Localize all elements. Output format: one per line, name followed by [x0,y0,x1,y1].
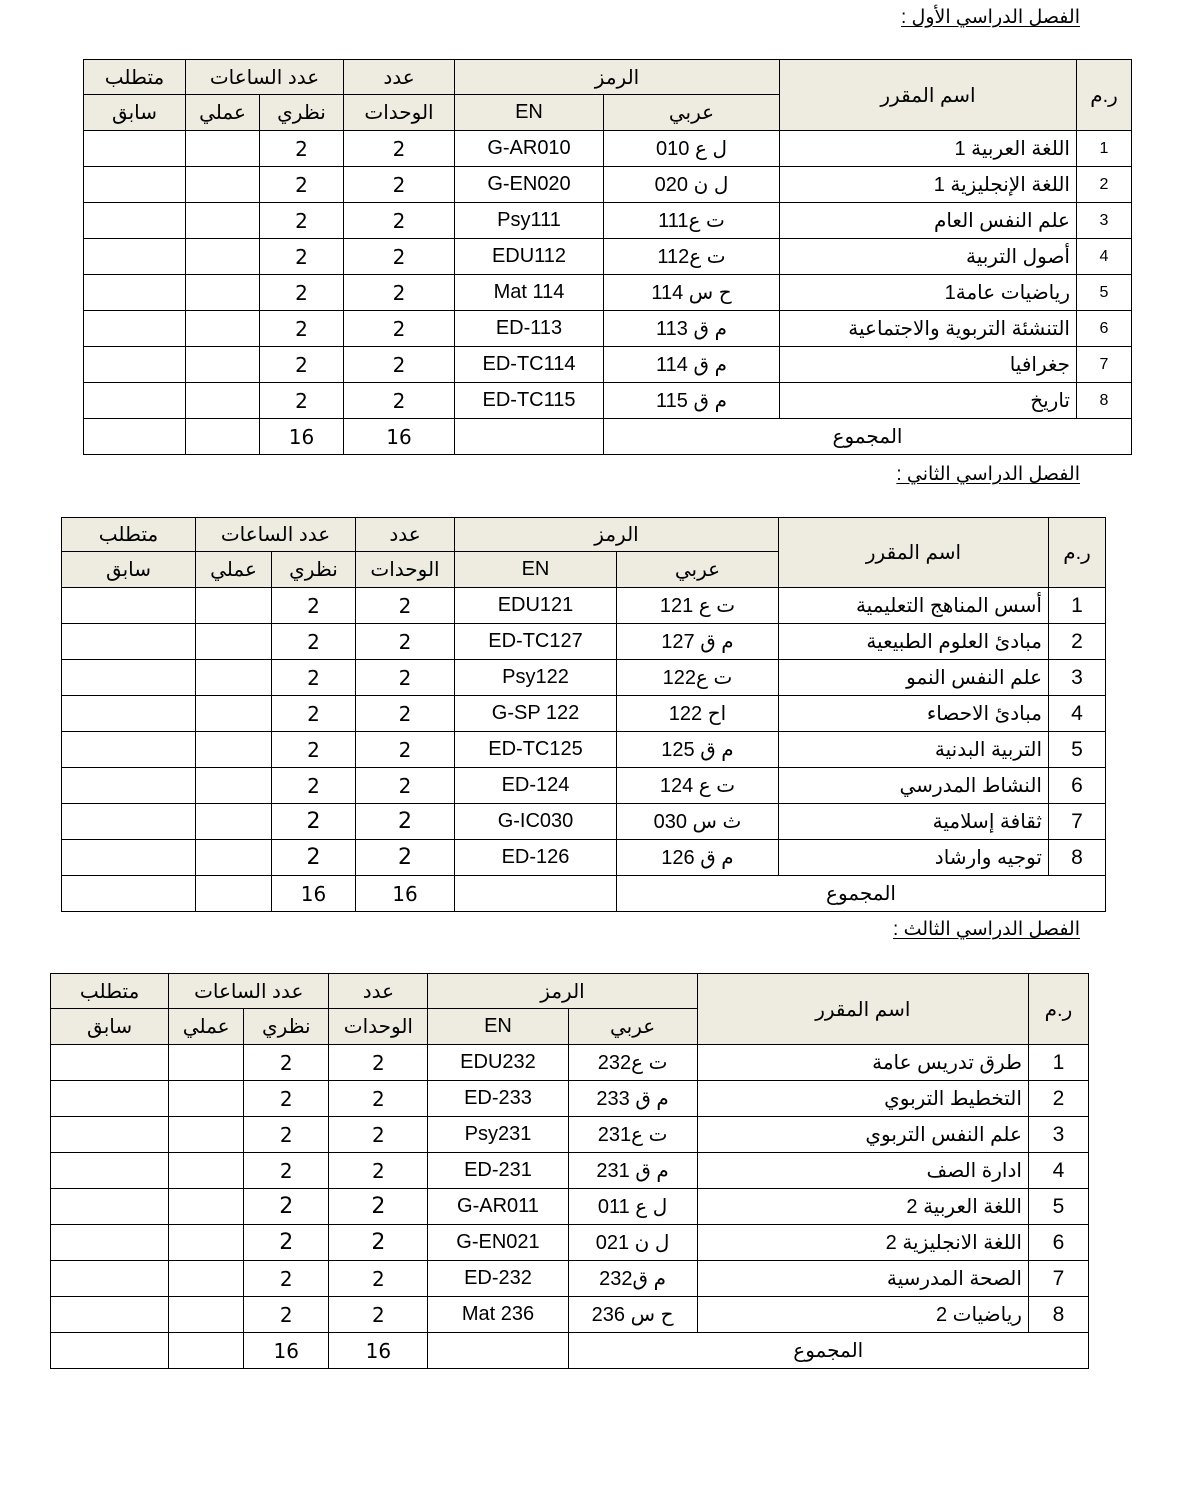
code-ar-cell: ل ن 020 [604,167,780,203]
header-hours-theory: نظري [260,95,344,131]
header-units-bottom: الوحدات [356,552,455,588]
serial-cell: 4 [1077,239,1132,275]
code-en-cell: G-AR011 [428,1189,568,1225]
practical-hours-cell [186,239,260,275]
course-row: 5اللغة العربية 2ل ع 011G-AR01122 [51,1189,1089,1225]
code-en-cell: ED-233 [428,1081,568,1117]
code-en-cell: EDU232 [428,1045,568,1081]
code-en-cell: G-EN020 [455,167,604,203]
course-row: 7ثقافة إسلاميةث س 030G-IC03022 [62,804,1106,840]
code-en-cell: G-IC030 [455,804,617,840]
theory-hours-cell: 2 [244,1045,329,1081]
code-ar-cell: م ق232 [568,1261,697,1297]
course-name-cell: مبادئ العلوم الطبيعية [779,624,1049,660]
course-row: 5رياضيات عامة1ح س 114Mat 11422 [84,275,1132,311]
serial-cell: 7 [1077,347,1132,383]
practical-hours-cell [196,768,272,804]
semester-3-heading: الفصل الدراسي الثالث : [893,918,1080,941]
practical-hours-cell [186,131,260,167]
course-row: 3علم النفس العامت ع111Psy11122 [84,203,1132,239]
units-cell: 2 [329,1189,428,1225]
code-en-cell: ED-231 [428,1153,568,1189]
theory-hours-cell: 2 [244,1081,329,1117]
course-name-cell: اللغة الانجليزية 2 [697,1225,1028,1261]
practical-hours-cell [186,203,260,239]
course-row: 5التربية البدنيةم ق 125ED-TC12522 [62,732,1106,768]
header-code-ar: عربي [604,95,780,131]
serial-cell: 6 [1077,311,1132,347]
units-cell: 2 [356,696,455,732]
theory-hours-cell: 2 [272,660,356,696]
course-name-cell: علم النفس التربوي [697,1117,1028,1153]
theory-hours-cell: 2 [272,840,356,876]
practical-hours-cell [169,1297,244,1333]
theory-hours-cell: 2 [272,696,356,732]
total-units: 16 [329,1333,428,1369]
header-prereq-bottom: سابق [51,1009,169,1045]
theory-hours-cell: 2 [260,167,344,203]
serial-cell: 5 [1028,1189,1088,1225]
course-name-cell: جغرافيا [780,347,1077,383]
header-hours-theory: نظري [272,552,356,588]
practical-hours-cell [186,383,260,419]
serial-cell: 2 [1077,167,1132,203]
theory-hours-cell: 2 [272,732,356,768]
units-cell: 2 [344,167,455,203]
theory-hours-cell: 2 [244,1153,329,1189]
code-ar-cell: م ق 113 [604,311,780,347]
header-prereq-top: متطلب [84,60,186,95]
course-row: 1اللغة العربية 1ل ع 010G-AR01022 [84,131,1132,167]
course-row: 7الصحة المدرسيةم ق232ED-23222 [51,1261,1089,1297]
course-name-cell: اللغة العربية 1 [780,131,1077,167]
practical-hours-cell [169,1117,244,1153]
code-en-cell: ED-TC127 [455,624,617,660]
course-row: 2التخطيط التربويم ق 233ED-23322 [51,1081,1089,1117]
code-en-cell: Mat 236 [428,1297,568,1333]
course-name-cell: توجيه وارشاد [779,840,1049,876]
header-serial: ر.م [1028,974,1088,1045]
units-cell: 2 [356,660,455,696]
course-row: 6النشاط المدرسيت ع 124ED-12422 [62,768,1106,804]
total-row: المجموع1616 [62,876,1106,912]
total-prereq [62,876,196,912]
header-hours-practical: عملي [196,552,272,588]
total-practical-hours [169,1333,244,1369]
prereq-cell [62,732,196,768]
serial-cell: 4 [1028,1153,1088,1189]
course-name-cell: رياضيات 2 [697,1297,1028,1333]
units-cell: 2 [356,624,455,660]
course-name-cell: التربية البدنية [779,732,1049,768]
code-en-cell: ED-113 [455,311,604,347]
total-theory-hours: 16 [272,876,356,912]
prereq-cell [84,311,186,347]
header-prereq-bottom: سابق [84,95,186,131]
course-row: 3علم النفس النموت ع122Psy12222 [62,660,1106,696]
code-en-cell: G-SP 122 [455,696,617,732]
code-ar-cell: م ق 233 [568,1081,697,1117]
course-name-cell: أصول التربية [780,239,1077,275]
code-ar-cell: ت ع232 [568,1045,697,1081]
prereq-cell [51,1081,169,1117]
course-name-cell: اللغة الإنجليزية 1 [780,167,1077,203]
theory-hours-cell: 2 [272,588,356,624]
units-cell: 2 [356,804,455,840]
practical-hours-cell [196,732,272,768]
header-hours: عدد الساعات [196,518,356,552]
prereq-cell [51,1117,169,1153]
total-practical-hours [186,419,260,455]
total-row: المجموع1616 [84,419,1132,455]
code-en-cell: ED-232 [428,1261,568,1297]
semester-3-table: ر.ماسم المقررالرمزعددعدد الساعاتمتطلبعرب… [50,973,1089,1369]
units-cell: 2 [344,131,455,167]
code-ar-cell: ت ع122 [617,660,779,696]
semester-2-heading: الفصل الدراسي الثاني : [896,463,1080,486]
code-ar-cell: ت ع111 [604,203,780,239]
code-en-cell: G-AR010 [455,131,604,167]
semester-2-table: ر.ماسم المقررالرمزعددعدد الساعاتمتطلبعرب… [61,517,1106,912]
header-course-name: اسم المقرر [697,974,1028,1045]
practical-hours-cell [169,1045,244,1081]
code-en-cell: Psy231 [428,1117,568,1153]
units-cell: 2 [356,768,455,804]
theory-hours-cell: 2 [244,1189,329,1225]
total-label: المجموع [568,1333,1088,1369]
serial-cell: 3 [1028,1117,1088,1153]
header-units-top: عدد [356,518,455,552]
units-cell: 2 [344,383,455,419]
units-cell: 2 [344,311,455,347]
units-cell: 2 [329,1297,428,1333]
code-ar-cell: م ق 231 [568,1153,697,1189]
course-row: 4مبادئ الاحصاءاح 122G-SP 12222 [62,696,1106,732]
total-label: المجموع [617,876,1106,912]
code-ar-cell: اح 122 [617,696,779,732]
header-code-en: EN [455,95,604,131]
header-units-bottom: الوحدات [344,95,455,131]
code-ar-cell: م ق 127 [617,624,779,660]
total-prereq [84,419,186,455]
prereq-cell [62,840,196,876]
total-label: المجموع [604,419,1132,455]
prereq-cell [51,1045,169,1081]
code-en-cell: Psy122 [455,660,617,696]
code-ar-cell: ت ع 124 [617,768,779,804]
course-name-cell: التنشئة التربوية والاجتماعية [780,311,1077,347]
theory-hours-cell: 2 [260,383,344,419]
practical-hours-cell [196,624,272,660]
course-row: 8رياضيات 2ح س 236Mat 23622 [51,1297,1089,1333]
theory-hours-cell: 2 [260,275,344,311]
code-en-cell: ED-124 [455,768,617,804]
practical-hours-cell [186,311,260,347]
practical-hours-cell [169,1261,244,1297]
code-ar-cell: ل ع 010 [604,131,780,167]
practical-hours-cell [169,1189,244,1225]
code-ar-cell: ل ن 021 [568,1225,697,1261]
units-cell: 2 [344,239,455,275]
practical-hours-cell [196,804,272,840]
code-en-cell: EDU112 [455,239,604,275]
total-code-en-cell [455,876,617,912]
code-en-cell: ED-TC115 [455,383,604,419]
course-row: 4أصول التربيةت ع112EDU11222 [84,239,1132,275]
header-units-top: عدد [329,974,428,1009]
course-name-cell: ادارة الصف [697,1153,1028,1189]
course-name-cell: تاريخ [780,383,1077,419]
code-ar-cell: ح س 236 [568,1297,697,1333]
code-ar-cell: ل ع 011 [568,1189,697,1225]
theory-hours-cell: 2 [260,203,344,239]
prereq-cell [84,347,186,383]
header-course-name: اسم المقرر [780,60,1077,131]
prereq-cell [51,1189,169,1225]
code-ar-cell: ت ع112 [604,239,780,275]
code-ar-cell: م ق 126 [617,840,779,876]
header-code: الرمز [428,974,697,1009]
header-units-bottom: الوحدات [329,1009,428,1045]
practical-hours-cell [186,275,260,311]
total-code-en-cell [455,419,604,455]
serial-cell: 2 [1028,1081,1088,1117]
units-cell: 2 [344,203,455,239]
units-cell: 2 [329,1225,428,1261]
code-en-cell: G-EN021 [428,1225,568,1261]
header-code: الرمز [455,60,780,95]
serial-cell: 3 [1049,660,1106,696]
prereq-cell [62,768,196,804]
theory-hours-cell: 2 [272,624,356,660]
code-en-cell: Mat 114 [455,275,604,311]
course-row: 3علم النفس التربويت ع231Psy23122 [51,1117,1089,1153]
prereq-cell [51,1261,169,1297]
prereq-cell [62,804,196,840]
units-cell: 2 [329,1153,428,1189]
header-prereq-bottom: سابق [62,552,196,588]
total-theory-hours: 16 [244,1333,329,1369]
units-cell: 2 [356,732,455,768]
header-units-top: عدد [344,60,455,95]
units-cell: 2 [329,1081,428,1117]
course-name-cell: علم النفس النمو [779,660,1049,696]
practical-hours-cell [169,1153,244,1189]
course-name-cell: علم النفس العام [780,203,1077,239]
practical-hours-cell [169,1081,244,1117]
header-code-ar: عربي [617,552,779,588]
course-row: 2مبادئ العلوم الطبيعيةم ق 127ED-TC12722 [62,624,1106,660]
course-name-cell: اللغة العربية 2 [697,1189,1028,1225]
header-hours-practical: عملي [169,1009,244,1045]
practical-hours-cell [196,840,272,876]
units-cell: 2 [344,347,455,383]
serial-cell: 8 [1028,1297,1088,1333]
prereq-cell [62,624,196,660]
course-row: 2اللغة الإنجليزية 1ل ن 020G-EN02022 [84,167,1132,203]
units-cell: 2 [356,588,455,624]
total-units: 16 [356,876,455,912]
header-serial: ر.م [1049,518,1106,588]
serial-cell: 3 [1077,203,1132,239]
theory-hours-cell: 2 [260,239,344,275]
prereq-cell [62,660,196,696]
code-ar-cell: ث س 030 [617,804,779,840]
serial-cell: 6 [1049,768,1106,804]
header-course-name: اسم المقرر [779,518,1049,588]
theory-hours-cell: 2 [244,1261,329,1297]
course-name-cell: الصحة المدرسية [697,1261,1028,1297]
theory-hours-cell: 2 [244,1117,329,1153]
code-ar-cell: م ق 125 [617,732,779,768]
semester-1-heading: الفصل الدراسي الأول : [901,6,1080,29]
course-row: 7جغرافيام ق 114ED-TC11422 [84,347,1132,383]
units-cell: 2 [344,275,455,311]
theory-hours-cell: 2 [260,131,344,167]
units-cell: 2 [329,1261,428,1297]
total-units: 16 [344,419,455,455]
serial-cell: 8 [1077,383,1132,419]
header-prereq-top: متطلب [62,518,196,552]
theory-hours-cell: 2 [244,1297,329,1333]
course-name-cell: أسس المناهج التعليمية [779,588,1049,624]
theory-hours-cell: 2 [244,1225,329,1261]
course-name-cell: رياضيات عامة1 [780,275,1077,311]
serial-cell: 7 [1049,804,1106,840]
theory-hours-cell: 2 [272,804,356,840]
code-en-cell: ED-TC125 [455,732,617,768]
serial-cell: 1 [1049,588,1106,624]
total-code-en-cell [428,1333,568,1369]
code-ar-cell: ت ع 121 [617,588,779,624]
header-hours-practical: عملي [186,95,260,131]
units-cell: 2 [356,840,455,876]
header-prereq-top: متطلب [51,974,169,1009]
prereq-cell [84,167,186,203]
total-row: المجموع1616 [51,1333,1089,1369]
code-en-cell: Psy111 [455,203,604,239]
practical-hours-cell [186,167,260,203]
units-cell: 2 [329,1117,428,1153]
course-name-cell: التخطيط التربوي [697,1081,1028,1117]
code-ar-cell: م ق 114 [604,347,780,383]
course-row: 4ادارة الصفم ق 231ED-23122 [51,1153,1089,1189]
serial-cell: 6 [1028,1225,1088,1261]
serial-cell: 1 [1028,1045,1088,1081]
course-name-cell: مبادئ الاحصاء [779,696,1049,732]
prereq-cell [51,1297,169,1333]
serial-cell: 5 [1049,732,1106,768]
course-row: 8توجيه وارشادم ق 126ED-12622 [62,840,1106,876]
prereq-cell [84,383,186,419]
prereq-cell [84,239,186,275]
header-hours: عدد الساعات [186,60,344,95]
serial-cell: 2 [1049,624,1106,660]
total-practical-hours [196,876,272,912]
course-row: 6التنشئة التربوية والاجتماعيةم ق 113ED-1… [84,311,1132,347]
serial-cell: 7 [1028,1261,1088,1297]
units-cell: 2 [329,1045,428,1081]
header-hours: عدد الساعات [169,974,329,1009]
header-code-en: EN [455,552,617,588]
practical-hours-cell [169,1225,244,1261]
course-name-cell: النشاط المدرسي [779,768,1049,804]
course-row: 1طرق تدريس عامةت ع232EDU23222 [51,1045,1089,1081]
code-en-cell: ED-126 [455,840,617,876]
prereq-cell [51,1153,169,1189]
header-hours-theory: نظري [244,1009,329,1045]
theory-hours-cell: 2 [260,311,344,347]
total-theory-hours: 16 [260,419,344,455]
prereq-cell [62,588,196,624]
practical-hours-cell [186,347,260,383]
prereq-cell [84,203,186,239]
header-code: الرمز [455,518,779,552]
code-ar-cell: م ق 115 [604,383,780,419]
header-code-en: EN [428,1009,568,1045]
practical-hours-cell [196,660,272,696]
course-row: 8تاريخم ق 115ED-TC11522 [84,383,1132,419]
total-prereq [51,1333,169,1369]
prereq-cell [62,696,196,732]
course-row: 1أسس المناهج التعليميةت ع 121EDU12122 [62,588,1106,624]
practical-hours-cell [196,588,272,624]
practical-hours-cell [196,696,272,732]
course-name-cell: طرق تدريس عامة [697,1045,1028,1081]
prereq-cell [51,1225,169,1261]
header-serial: ر.م [1077,60,1132,131]
serial-cell: 5 [1077,275,1132,311]
theory-hours-cell: 2 [260,347,344,383]
course-name-cell: ثقافة إسلامية [779,804,1049,840]
prereq-cell [84,275,186,311]
prereq-cell [84,131,186,167]
code-en-cell: EDU121 [455,588,617,624]
serial-cell: 8 [1049,840,1106,876]
theory-hours-cell: 2 [272,768,356,804]
course-row: 6اللغة الانجليزية 2ل ن 021G-EN02122 [51,1225,1089,1261]
header-code-ar: عربي [568,1009,697,1045]
serial-cell: 4 [1049,696,1106,732]
code-ar-cell: ح س 114 [604,275,780,311]
code-en-cell: ED-TC114 [455,347,604,383]
serial-cell: 1 [1077,131,1132,167]
semester-1-table: ر.ماسم المقررالرمزعددعدد الساعاتمتطلبعرب… [83,59,1132,455]
code-ar-cell: ت ع231 [568,1117,697,1153]
